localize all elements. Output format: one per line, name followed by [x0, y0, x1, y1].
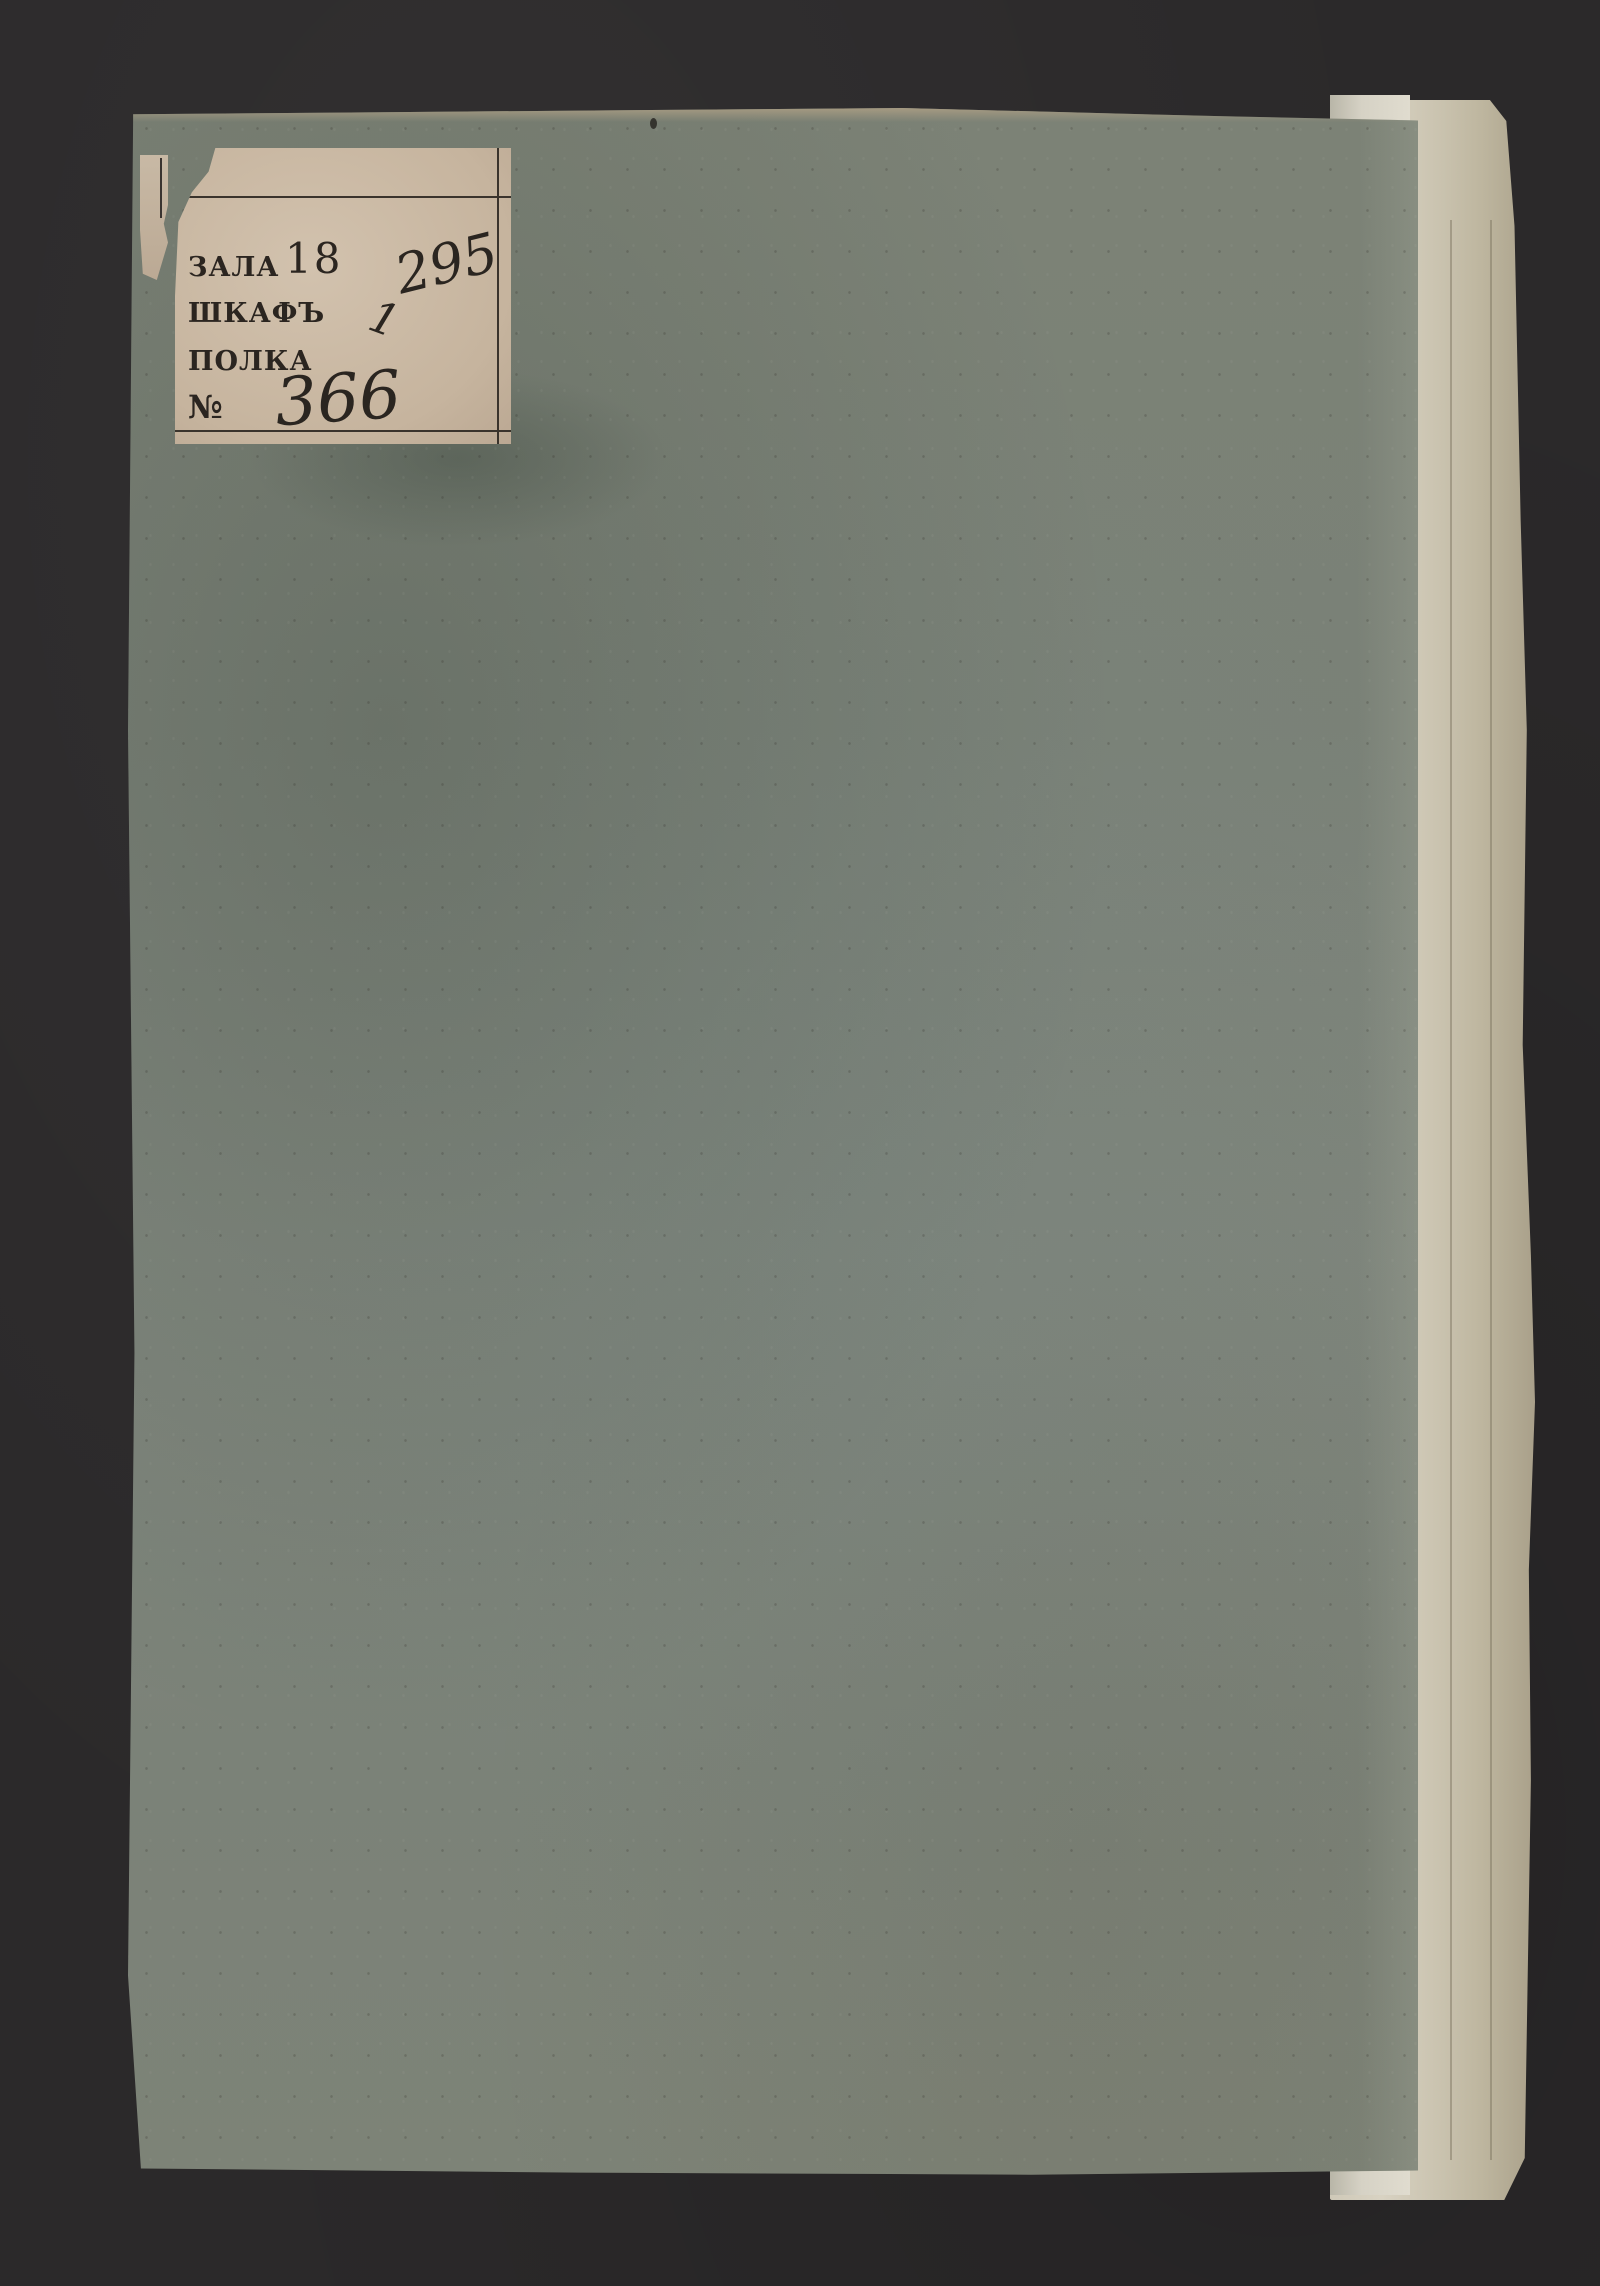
label-cabinet: ШКАФЪ	[188, 298, 325, 329]
label-top-rule	[189, 196, 511, 198]
label-number-sign: №	[188, 388, 224, 426]
label-hall: ЗАЛА	[188, 252, 279, 283]
page-edge-crease	[1490, 220, 1492, 2160]
torn-label-rule	[160, 158, 162, 218]
ink-spot	[650, 118, 657, 129]
label-hall-number: 295	[389, 220, 504, 306]
cover-fold-edge	[1358, 108, 1418, 2183]
label-right-rule	[497, 148, 499, 444]
label-cabinet-number: 1	[362, 291, 406, 349]
page-edge-crease	[1450, 220, 1452, 2160]
shelf-mark-label: ЗАЛА 18 295 ШКАФЪ 1 ПОЛКА № 366	[175, 148, 511, 444]
label-item-number: 366	[272, 356, 403, 442]
label-hall-prefix: 18	[285, 234, 342, 283]
